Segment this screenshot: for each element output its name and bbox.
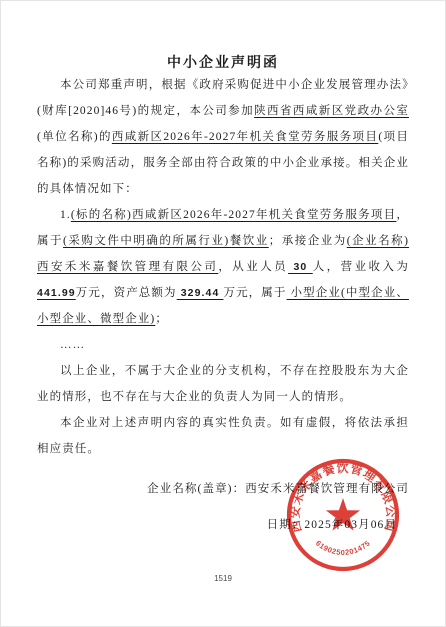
page-number: 1519 [0, 574, 446, 583]
ellipsis-line: …… [37, 332, 409, 358]
blank-subject-name: (标的名称)西咸新区2026年-2027年机关食堂劳务服务项目 [71, 209, 397, 221]
static-text: ；承接企业为 [269, 235, 347, 247]
item-number: 1. [60, 209, 71, 221]
signature-company-line: 企业名称(盖章)：西安禾米嘉餐饮管理有限公司 [37, 476, 409, 502]
paragraph-item-1: 1.(标的名称)西咸新区2026年-2027年机关食堂劳务服务项目，属于(采购文… [37, 202, 409, 332]
paragraph-declaration: 本公司郑重声明，根据《政府采购促进中小企业发展管理办法》(财库[2020]46号… [37, 72, 409, 202]
static-text: 万元，资产总额为 [76, 287, 177, 299]
paragraph-responsibility: 本企业对上述声明内容的真实性负责。如有虚假，将依法承担相应责任。 [37, 410, 409, 462]
blank-revenue-value: 441.99 [37, 287, 76, 299]
blank-project-name: 西咸新区2026年-2027年机关食堂劳务服务项目 [112, 131, 378, 143]
document-title: 中小企业声明函 [37, 52, 409, 72]
document-page: 中小企业声明函 本公司郑重声明，根据《政府采购促进中小企业发展管理办法》(财库[… [0, 0, 446, 627]
blank-assets-value: 329.44 [177, 287, 224, 299]
static-text: (单位名称)的 [37, 131, 112, 143]
static-text: 人，营业收入为 [313, 261, 409, 273]
signature-date-line: 日期：2025年03月06日 [37, 512, 409, 538]
document-content: 中小企业声明函 本公司郑重声明，根据《政府采购促进中小企业发展管理办法》(财库[… [37, 52, 409, 538]
blank-industry: (采购文件中明确的所属行业)餐饮业 [63, 235, 269, 247]
blank-employee-count: 30 [288, 261, 313, 273]
blank-purchaser-name: 陕西省西咸新区党政办公室 [254, 105, 409, 117]
static-text: 万元，属于 [223, 287, 286, 299]
static-text: ，从业人员 [218, 261, 288, 273]
paragraph-no-subsidiary: 以上企业，不属于大企业的分支机构，不存在控股股东为大企业的情形，也不存在与大企业… [37, 358, 409, 410]
svg-text:6190250201475: 6190250201475 [314, 539, 372, 557]
seal-code-text: 6190250201475 [314, 539, 372, 557]
static-text: ； [155, 313, 168, 325]
